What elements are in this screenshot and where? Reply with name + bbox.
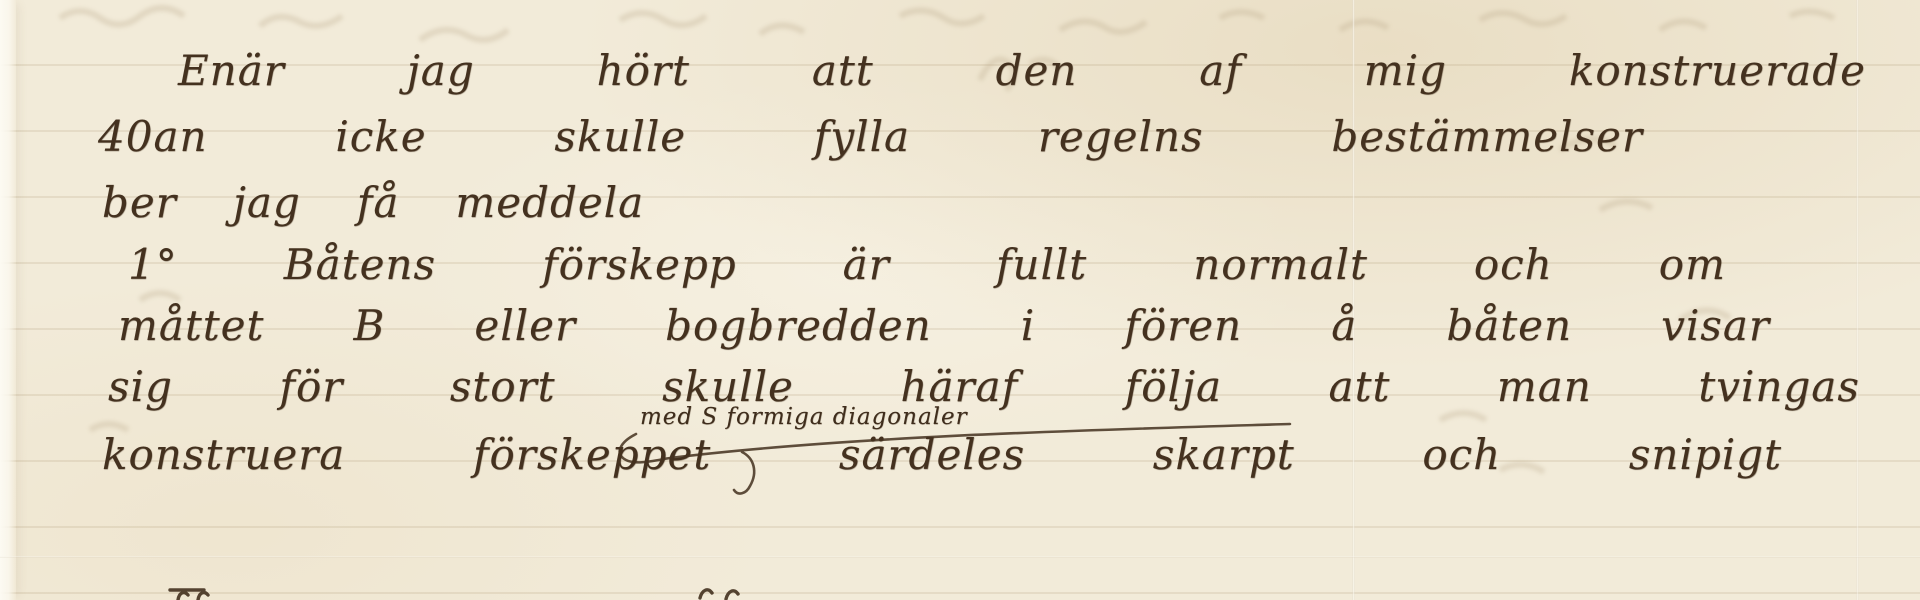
word: 40an [98, 112, 208, 161]
word: 1° [128, 240, 178, 289]
word: meddela [455, 178, 644, 227]
word: skarpt [1153, 430, 1295, 479]
word: om [1659, 240, 1726, 289]
word: man [1497, 362, 1592, 411]
word: eller [474, 301, 576, 350]
word: mig [1364, 46, 1447, 95]
word: särdeles [839, 430, 1025, 479]
word: regelns [1038, 112, 1204, 161]
handwritten-line: 40anickeskullefyllaregelnsbestämmelser [98, 112, 1643, 161]
interlinear-insertion: med S formiga diagonaler [640, 404, 968, 430]
word: fullt [996, 240, 1087, 289]
word: tvingas [1698, 362, 1860, 411]
word: den [996, 46, 1078, 95]
word: fören [1124, 301, 1242, 350]
handwritten-line: 1°Båtensförskeppärfulltnormaltochom [128, 240, 1726, 289]
word: snipigt [1629, 430, 1782, 479]
word: icke [335, 112, 426, 161]
word: måttet [118, 301, 264, 350]
word: och [1474, 240, 1553, 289]
cropped-line-fragment [170, 590, 738, 600]
word: bestämmelser [1331, 112, 1643, 161]
word: fylla [814, 112, 910, 161]
scan-edge-highlight [0, 0, 16, 600]
word: förskeppet [473, 430, 711, 479]
word: hört [597, 46, 690, 95]
paper-crease-horizontal [0, 556, 1920, 558]
handwritten-line: sigförstortskullehärafföljaattmantvingas [108, 362, 1860, 411]
word: å [1331, 301, 1357, 350]
word: följa [1125, 362, 1222, 411]
word: Enär [178, 46, 285, 95]
word: båten [1446, 301, 1572, 350]
letter-page: Enärjaghörtattdenafmigkonstruerade40anic… [0, 0, 1920, 600]
word: visar [1661, 301, 1770, 350]
word: ber [102, 178, 177, 227]
word: att [812, 46, 874, 95]
word: konstruerade [1569, 46, 1866, 95]
word: bogbredden [665, 301, 932, 350]
handwritten-line: konstrueraförskeppetsärdelesskarptochsni… [102, 430, 1782, 479]
word: att [1329, 362, 1391, 411]
word: af [1199, 46, 1242, 95]
word: och [1422, 430, 1501, 479]
word: är [843, 240, 890, 289]
handwritten-line: berjagfåmeddela [102, 178, 644, 227]
word: sig [108, 362, 173, 411]
word: i [1021, 301, 1035, 350]
handwritten-line: Enärjaghörtattdenafmigkonstruerade [178, 46, 1866, 95]
handwritten-line: måttetBellerbogbreddeniförenåbåtenvisar [118, 301, 1770, 350]
word: Båtens [284, 240, 436, 289]
word: normalt [1193, 240, 1368, 289]
word: skulle [554, 112, 686, 161]
word: jag [407, 46, 475, 95]
word: för [279, 362, 343, 411]
word: få [357, 178, 400, 227]
word: stort [450, 362, 556, 411]
word: jag [233, 178, 301, 227]
word: B [353, 301, 385, 350]
word: konstruera [102, 430, 345, 479]
word: förskepp [542, 240, 737, 289]
